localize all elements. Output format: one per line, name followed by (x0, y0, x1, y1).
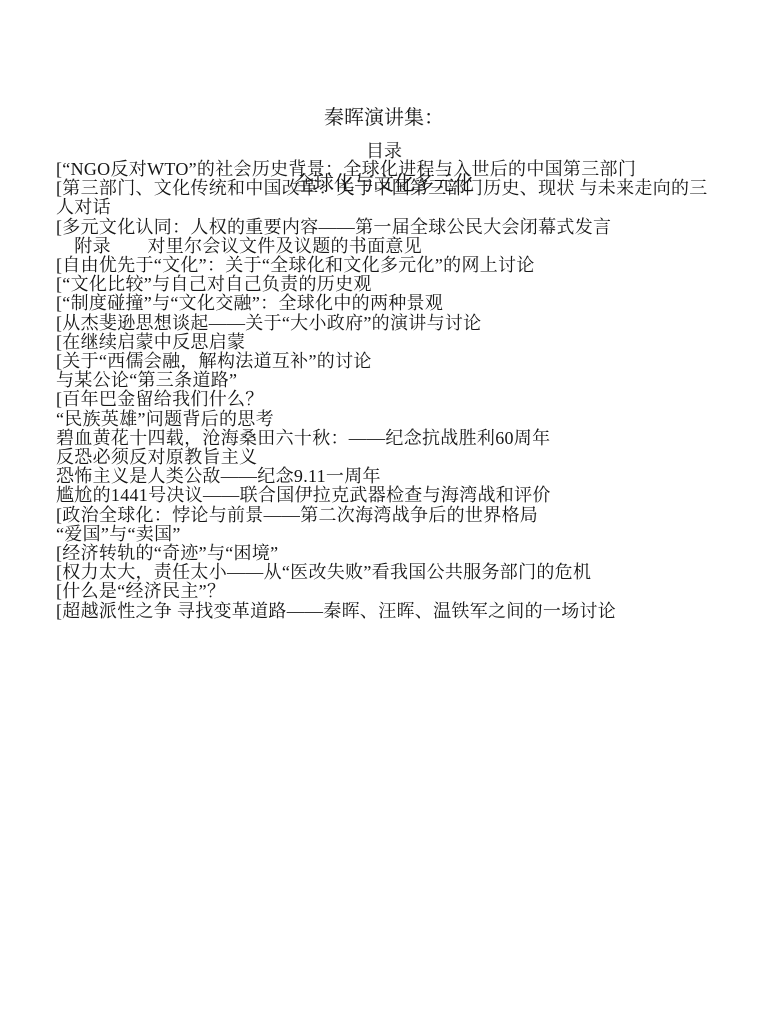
toc-line: [百年巴金留给我们什么？ (56, 390, 756, 409)
toc-line: [经济转轨的“奇迹”与“困境” (56, 544, 756, 563)
toc-line: [“文化比较”与自己对自己负责的历史观 (56, 275, 756, 294)
toc-line: [政治全球化：悖论与前景——第二次海湾战争后的世界格局 (56, 506, 756, 525)
toc-line: [多元文化认同：人权的重要内容——第一届全球公民大会闭幕式发言 (56, 218, 756, 237)
toc-line: “民族英雄”问题背后的思考 (56, 410, 756, 429)
document-page: 秦晖演讲集： 全球化与文化多元化 目录 [“NGO反对WTO”的社会历史背景：全… (0, 0, 768, 1024)
toc-line: [在继续启蒙中反思启蒙 (56, 333, 756, 352)
toc-line: “爱国”与“卖国” (56, 525, 756, 544)
toc-line-appendix: 附录 对里尔会议文件及议题的书面意见 (56, 237, 756, 256)
toc-line: [“制度碰撞”与“文化交融”：全球化中的两种景观 (56, 294, 756, 313)
toc-line: [从杰斐逊思想谈起——关于“大小政府”的演讲与讨论 (56, 314, 756, 333)
title-line-1: 秦晖演讲集： (0, 107, 768, 129)
toc-line: [超越派性之争 寻找变革道路——秦晖、汪晖、温铁军之间的一场讨论 (56, 602, 756, 621)
toc-line: [关于“西儒会融，解构法道互补”的讨论 (56, 352, 756, 371)
toc-line: [“NGO反对WTO”的社会历史背景：全球化进程与入世后的中国第三部门 (56, 160, 756, 179)
toc-heading: 目录 (0, 141, 768, 161)
toc-line: 恐怖主义是人类公敌——纪念9.11一周年 (56, 467, 756, 486)
toc-line-continuation: 与某公论“第三条道路” (56, 371, 756, 390)
toc-line: [什么是“经济民主”？ (56, 582, 756, 601)
toc-line: [第三部门、文化传统和中国改革：关于中国第三部门历史、现状 与未来走向的三 (56, 179, 756, 198)
toc-line: [权力太大，责任太小——从“医改失败”看我国公共服务部门的危机 (56, 563, 756, 582)
toc-line: [自由优先于“文化”：关于“全球化和文化多元化”的网上讨论 (56, 256, 756, 275)
toc-line: 反恐必须反对原教旨主义 (56, 448, 756, 467)
toc-line-continuation: 人对话 (56, 198, 756, 217)
toc-line: 碧血黄花十四载，沧海桑田六十秋：——纪念抗战胜利60周年 (56, 429, 756, 448)
toc-line: 尴尬的1441号决议——联合国伊拉克武器检查与海湾战和评价 (56, 486, 756, 505)
toc-list: [“NGO反对WTO”的社会历史背景：全球化进程与入世后的中国第三部门 [第三部… (56, 160, 756, 621)
